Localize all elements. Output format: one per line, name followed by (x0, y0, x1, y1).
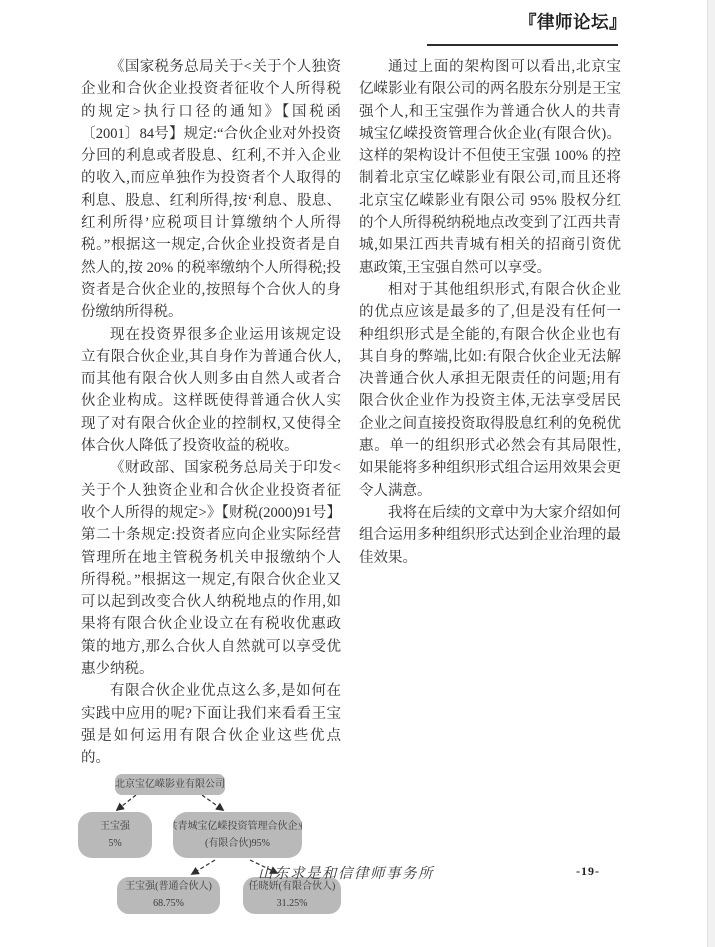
node-label: 共青城宝亿嵘投资管理合伙企业 (173, 820, 302, 833)
paragraph: 我将在后续的文章中为大家介绍如何组合运用多种组织形式达到企业治理的最佳效果。 (359, 502, 621, 569)
left-column: 《国家税务总局关于<关于个人独资企业和合伙企业投资者征收个人所得税的规定>执行口… (81, 56, 341, 922)
footer-firm-name: 山东求是和信律师事务所 (258, 862, 434, 883)
org-chart-node-wangbaoqiang: 王宝强 5% (78, 812, 152, 858)
org-chart-node-general-partner: 王宝强(普通合伙人) 68.75% (117, 877, 220, 914)
header-rule (427, 44, 618, 46)
org-chart-node-partnership: 共青城宝亿嵘投资管理合伙企业 (有限合伙)95% (173, 812, 302, 858)
node-share: (有限合伙)95% (205, 837, 270, 850)
node-label: 王宝强(普通合伙人) (125, 880, 212, 893)
node-share: 68.75% (153, 897, 184, 910)
node-share: 31.25% (277, 897, 308, 910)
node-label: 王宝强 (100, 820, 130, 833)
document-page: 『律师论坛』 《国家税务总局关于<关于个人独资企业和合伙企业投资者征收个人所得税… (0, 0, 715, 947)
right-column: 通过上面的架构图可以看出,北京宝亿嵘影业有限公司的两名股东分别是王宝强个人,和王… (359, 56, 621, 922)
org-chart: 北京宝亿嵘影业有限公司 王宝强 5% 共青城宝亿嵘投资管理合伙企业 (有限合伙)… (74, 772, 364, 922)
paragraph: 有限合伙企业优点这么多,是如何在实践中应用的呢?下面让我们来看看王宝强是如何运用… (81, 680, 341, 769)
page-header-title: 『律师论坛』 (519, 9, 627, 34)
article-body: 《国家税务总局关于<关于个人独资企业和合伙企业投资者征收个人所得税的规定>执行口… (81, 56, 621, 922)
footer-page-number: -19- (576, 864, 600, 879)
paragraph: 现在投资界很多企业运用该规定设立有限合伙企业,其自身作为普通合伙人,而其他有限合… (81, 324, 341, 458)
node-share: 5% (108, 837, 121, 850)
paragraph: 相对于其他组织形式,有限合伙企业的优点应该是最多的了,但是没有任何一种组织形式是… (359, 279, 621, 502)
node-label: 北京宝亿嵘影业有限公司 (115, 778, 225, 791)
org-chart-node-company: 北京宝亿嵘影业有限公司 (115, 774, 225, 795)
paragraph: 《国家税务总局关于<关于个人独资企业和合伙企业投资者征收个人所得税的规定>执行口… (81, 56, 341, 324)
scan-edge-strip (707, 0, 715, 947)
paragraph: 通过上面的架构图可以看出,北京宝亿嵘影业有限公司的两名股东分别是王宝强个人,和王… (359, 56, 621, 279)
paragraph: 《财政部、国家税务总局关于印发<关于个人独资企业和合伙企业投资者征收个人所得的规… (81, 457, 341, 680)
